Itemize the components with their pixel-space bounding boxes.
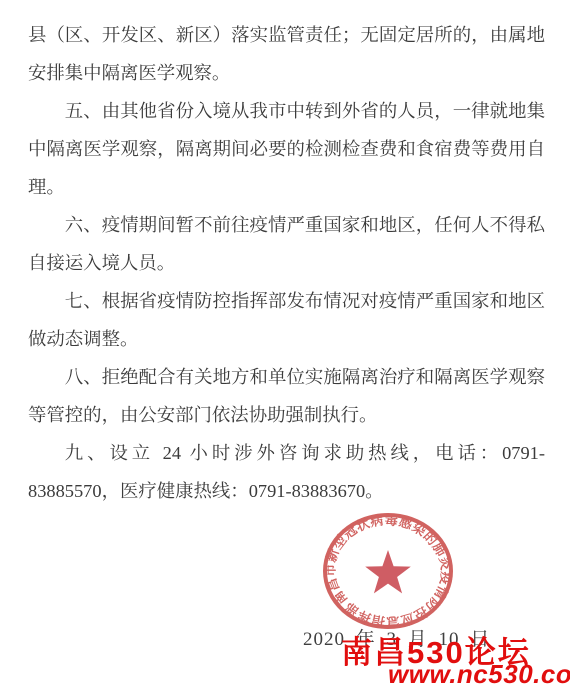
document-body: 县（区、开发区、新区）落实监管责任；无固定居所的，由属地安排集中隔离医学观察。 … — [0, 0, 570, 510]
document-paragraph: 五、由其他省份入境从我市中转到外省的人员，一律就地集中隔离医学观察，隔离期间必要… — [28, 92, 545, 206]
seal-ring — [325, 515, 451, 627]
official-seal: 南昌市新型冠状病毒感染的肺炎疫情防控应急指挥部 — [306, 506, 470, 638]
seal-ring-text: 南昌市新型冠状病毒感染的肺炎疫情防控应急指挥部 — [323, 512, 454, 629]
document-paragraph: 八、拒绝配合有关地方和单位实施隔离治疗和隔离医学观察等管控的，由公安部门依法协助… — [28, 358, 545, 434]
red-star-icon — [365, 550, 411, 593]
document-paragraph: 县（区、开发区、新区）落实监管责任；无固定居所的，由属地安排集中隔离医学观察。 — [28, 16, 545, 92]
document-paragraph: 六、疫情期间暂不前往疫情严重国家和地区，任何人不得私自接运入境人员。 — [28, 206, 545, 282]
document-paragraph: 九、设立 24 小时涉外咨询求助热线，电话：0791-83885570，医疗健康… — [28, 434, 545, 510]
watermark-site-url: www.nc530.com — [388, 659, 570, 690]
document-paragraph: 七、根据省疫情防控指挥部发布情况对疫情严重国家和地区做动态调整。 — [28, 282, 545, 358]
